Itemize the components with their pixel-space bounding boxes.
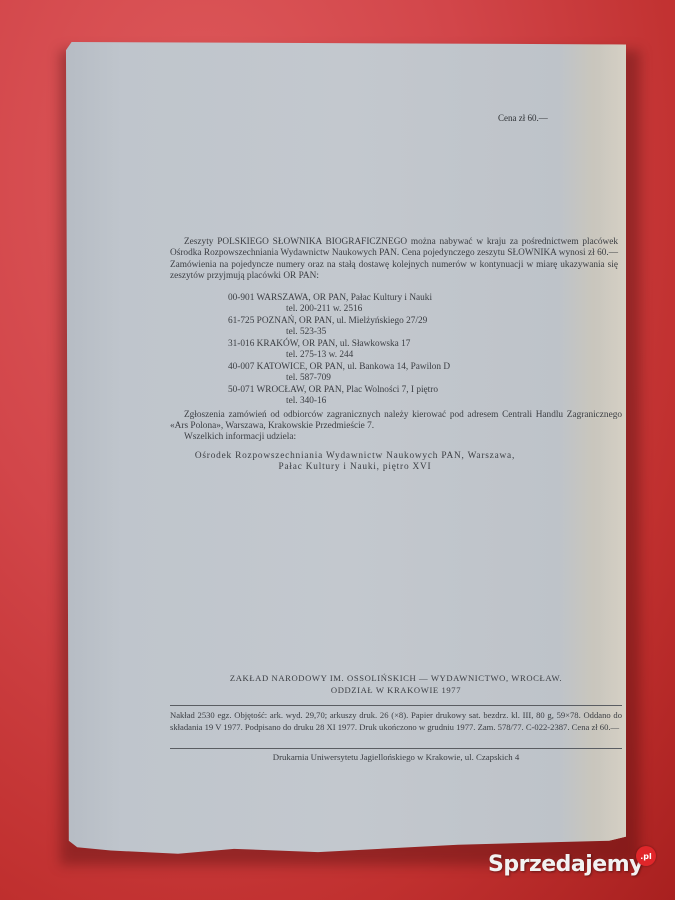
address-line: 31-016 KRAKÓW, OR PAN, ul. Sławkowska 17 (228, 339, 588, 350)
address-line: 50-071 WROCŁAW, OR PAN, Plac Wolności 7,… (228, 385, 588, 396)
address-phone: tel. 200-211 w. 2516 (228, 304, 588, 315)
divider (170, 748, 622, 749)
address-phone: tel. 340-16 (228, 396, 588, 407)
intro-paragraph: Zeszyty POLSKIEGO SŁOWNIKA BIOGRAFICZNEG… (170, 237, 618, 283)
book-back-cover (66, 42, 626, 857)
osrodek-line: Ośrodek Rozpowszechniania Wydawnictw Nau… (170, 451, 540, 462)
watermark-badge: .pl (636, 846, 656, 866)
price-label: Cena zł 60.— (498, 113, 548, 124)
address-poznan: 61-725 POZNAŃ, OR PAN, ul. Mielżyńskiego… (228, 316, 588, 339)
foreign-orders-paragraph: Zgłoszenia zamówień od odbiorców zagrani… (170, 410, 622, 433)
address-wroclaw: 50-071 WROCŁAW, OR PAN, Plac Wolności 7,… (228, 385, 588, 408)
address-line: 61-725 POZNAŃ, OR PAN, ul. Mielżyńskiego… (228, 316, 588, 327)
divider (170, 705, 622, 706)
address-katowice: 40-007 KATOWICE, OR PAN, ul. Bankowa 14,… (228, 362, 588, 385)
address-line: 00-901 WARSZAWA, OR PAN, Pałac Kultury i… (228, 293, 588, 304)
osrodek-line: Pałac Kultury i Nauki, piętro XVI (170, 462, 540, 473)
info-label: Wszelkich informacji udziela: (184, 432, 296, 443)
watermark-logo: Sprzedajemy (488, 852, 643, 877)
publisher-line: ZAKŁAD NARODOWY IM. OSSOLIŃSKICH — WYDAW… (170, 672, 622, 684)
imprint-paragraph: Nakład 2530 egz. Objętość: ark. wyd. 29,… (170, 710, 622, 733)
publisher-line: ODDZIAŁ W KRAKOWIE 1977 (170, 684, 622, 696)
address-phone: tel. 587-709 (228, 373, 588, 384)
osrodek-address: Ośrodek Rozpowszechniania Wydawnictw Nau… (170, 451, 540, 474)
address-krakow: 31-016 KRAKÓW, OR PAN, ul. Sławkowska 17… (228, 339, 588, 362)
address-warszawa: 00-901 WARSZAWA, OR PAN, Pałac Kultury i… (228, 293, 588, 316)
address-line: 40-007 KATOWICE, OR PAN, ul. Bankowa 14,… (228, 362, 588, 373)
printer-line: Drukarnia Uniwersytetu Jagiellońskiego w… (170, 752, 622, 763)
address-phone: tel. 275-13 w. 244 (228, 350, 588, 361)
publisher-heading: ZAKŁAD NARODOWY IM. OSSOLIŃSKICH — WYDAW… (170, 672, 622, 696)
address-phone: tel. 523-35 (228, 327, 588, 338)
